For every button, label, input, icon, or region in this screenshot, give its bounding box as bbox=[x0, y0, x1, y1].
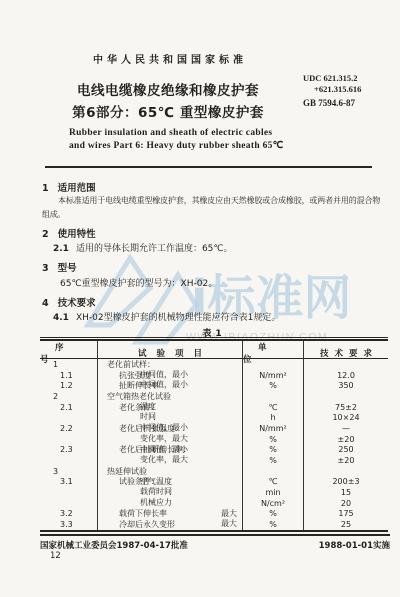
section-1-title: 适用范围 bbox=[58, 183, 96, 194]
document-title-cn: 电线电缆橡皮绝缘和橡皮护套 bbox=[0, 79, 336, 99]
table-row: 2.2 老化后抗张强度： 中间值，最小 N/mm² — bbox=[40, 423, 388, 434]
section-2-heading: 2使用特性 bbox=[42, 226, 96, 240]
row-no: 2 bbox=[40, 391, 98, 402]
row-value: 15 bbox=[304, 487, 388, 498]
row-item: 载荷时间 bbox=[98, 487, 243, 498]
row-item: 热延伸试验 bbox=[98, 466, 243, 477]
section-4-heading: 4技术要求 bbox=[42, 295, 96, 309]
row-item: 载荷下伸长率 最大 bbox=[98, 509, 243, 520]
section-3-title: 型号 bbox=[58, 263, 77, 274]
table-row: 3.2 载荷下伸长率 最大 % 175 bbox=[40, 509, 388, 520]
row-unit: % bbox=[243, 445, 304, 456]
row-unit: min bbox=[243, 487, 304, 498]
row-item-label: 空气箱热老化试验 bbox=[98, 391, 171, 402]
udc-number-line1: UDC 621.315.2 bbox=[303, 73, 398, 84]
row-value bbox=[304, 391, 388, 402]
row-unit bbox=[243, 391, 304, 402]
row-item: 抗张强度 中间值，最小 bbox=[98, 370, 243, 381]
section-4-title: 技术要求 bbox=[58, 298, 96, 309]
section-2-number: 2 bbox=[42, 229, 49, 240]
row-qualifier: 载荷时间 bbox=[140, 487, 237, 498]
standard-number: GB 7594.6-87 bbox=[303, 98, 398, 109]
row-unit: ℃ bbox=[243, 477, 304, 488]
row-value: 175 bbox=[304, 509, 388, 520]
row-no bbox=[40, 498, 98, 509]
title-en-line2: and wires Part 6: Heavy duty rubber shea… bbox=[69, 140, 284, 153]
section-3-number: 3 bbox=[42, 263, 49, 274]
row-qualifier: 中间值，最小 bbox=[140, 423, 237, 434]
implementation-note: 1988-01-01实施 bbox=[319, 539, 390, 551]
row-no: 2.3 bbox=[40, 445, 98, 456]
table-row: 3 热延伸试验 bbox=[40, 466, 388, 477]
row-unit: % bbox=[243, 455, 304, 466]
row-item: 老化前试样： bbox=[98, 359, 243, 370]
section-4-number: 4 bbox=[42, 298, 49, 309]
clause-4-1: 4.1XH-02型橡皮护套的机械物理性能应符合表1规定。 bbox=[53, 310, 280, 323]
row-item: 试验条件： 空气温度 bbox=[98, 477, 243, 488]
row-item: 老化条件： 温度 bbox=[98, 402, 243, 413]
row-unit: h bbox=[243, 412, 304, 423]
row-unit bbox=[243, 466, 304, 477]
clause-4-1-text: XH-02型橡皮护套的机械物理性能应符合表1规定。 bbox=[76, 313, 280, 323]
row-no: 3.3 bbox=[40, 519, 98, 530]
row-no: 3.1 bbox=[40, 477, 98, 488]
row-qualifier: 中间值，最小 bbox=[140, 445, 237, 456]
table-row: 2.3 老化后扯断伸长率： 中间值，最小 % 250 bbox=[40, 445, 388, 456]
row-qualifier: 最大 bbox=[140, 509, 237, 520]
row-item: 机械应力 bbox=[98, 498, 243, 509]
document-page: i标准网 WWW.IBIAOZHUN.COM 中华人民共和国国家标准 电线电缆橡… bbox=[0, 0, 400, 597]
row-no: 2.1 bbox=[40, 402, 98, 413]
row-unit: % bbox=[243, 519, 304, 530]
table-row: 1 老化前试样： bbox=[40, 359, 388, 370]
table-row: 时间 h 10×24 bbox=[40, 412, 388, 423]
row-no bbox=[40, 434, 98, 445]
row-value: 350 bbox=[304, 380, 388, 391]
section-2-title: 使用特性 bbox=[58, 229, 96, 240]
clause-4-1-number: 4.1 bbox=[53, 313, 69, 323]
row-unit: % bbox=[243, 380, 304, 391]
table-row: 3.1 试验条件： 空气温度 ℃ 200±3 bbox=[40, 477, 388, 488]
row-no: 3.2 bbox=[40, 509, 98, 520]
row-no: 1.1 bbox=[40, 370, 98, 381]
table-row: 变化率，最大 % ±20 bbox=[40, 434, 388, 445]
row-value: — bbox=[304, 423, 388, 434]
row-value: ±20 bbox=[304, 434, 388, 445]
row-unit: N/mm² bbox=[243, 370, 304, 381]
row-value: 12.0 bbox=[304, 370, 388, 381]
row-qualifier: 空气温度 bbox=[140, 477, 237, 488]
row-value: 25 bbox=[304, 519, 388, 530]
row-value: 250 bbox=[304, 445, 388, 456]
row-no bbox=[40, 487, 98, 498]
row-unit: ℃ bbox=[243, 402, 304, 413]
row-unit: N/mm² bbox=[243, 423, 304, 434]
row-item: 变化率，最大 bbox=[98, 455, 243, 466]
table-body: 1 老化前试样： 1.1 抗张强度 中间值，最小 N/mm² 12.0 1.2 … bbox=[40, 359, 388, 530]
row-no: 3 bbox=[40, 466, 98, 477]
table-row: 1.2 扯断伸长率 中间值，最小 % 350 bbox=[40, 380, 388, 391]
section-3-body: 65℃重型橡皮护套的型号为：XH-02。 bbox=[60, 276, 217, 289]
row-qualifier: 时间 bbox=[140, 412, 237, 423]
table-row: 变化率，最大 % ±20 bbox=[40, 455, 388, 466]
row-qualifier: 中间值，最小 bbox=[140, 380, 237, 391]
row-unit: N/cm² bbox=[243, 498, 304, 509]
national-standard-label: 中华人民共和国国家标准 bbox=[0, 51, 340, 66]
row-value: 75±2 bbox=[304, 402, 388, 413]
row-item-label: 热延伸试验 bbox=[98, 466, 147, 477]
document-subtitle-cn: 第6部分：65℃ 重型橡皮护套 bbox=[0, 101, 336, 121]
row-item: 冷却后永久变形 最大 bbox=[98, 519, 243, 530]
row-unit bbox=[243, 359, 304, 370]
row-value bbox=[304, 466, 388, 477]
row-item: 老化后抗张强度： 中间值，最小 bbox=[98, 423, 243, 434]
row-value bbox=[304, 359, 388, 370]
section-1-number: 1 bbox=[42, 183, 49, 194]
row-qualifier: 最大 bbox=[140, 519, 237, 530]
row-no: 1.2 bbox=[40, 380, 98, 391]
row-qualifier: 温度 bbox=[140, 402, 237, 413]
row-qualifier: 变化率，最大 bbox=[140, 455, 237, 466]
row-value: ±20 bbox=[304, 455, 388, 466]
row-no: 2.2 bbox=[40, 423, 98, 434]
approval-note: 国家机械工业委员会1987-04-17批准 bbox=[40, 539, 188, 551]
table-row: 3.3 冷却后永久变形 最大 % 25 bbox=[40, 519, 388, 530]
footer-divider bbox=[40, 534, 390, 536]
row-no bbox=[40, 455, 98, 466]
udc-number-line2: +621.315.616 bbox=[303, 84, 398, 95]
section-3-heading: 3型号 bbox=[42, 260, 77, 274]
clause-2-1: 2.1适用的导体长期允许工作温度：65℃。 bbox=[53, 241, 233, 254]
header-divider bbox=[45, 166, 372, 168]
row-qualifier: 变化率，最大 bbox=[140, 434, 237, 445]
section-1-body: 本标准适用于电线电缆重型橡皮护套，其橡皮应由天然橡胶或合成橡胶，或两者并用的混合… bbox=[42, 194, 380, 221]
page-number: 12 bbox=[50, 551, 61, 561]
row-item-label: 老化前试样： bbox=[98, 359, 155, 370]
row-no: 1 bbox=[40, 359, 98, 370]
row-item: 空气箱热老化试验 bbox=[98, 391, 243, 402]
table-row: 1.1 抗张强度 中间值，最小 N/mm² 12.0 bbox=[40, 370, 388, 381]
table-row: 2.1 老化条件： 温度 ℃ 75±2 bbox=[40, 402, 388, 413]
row-value: 10×24 bbox=[304, 412, 388, 423]
table-row: 机械应力 N/cm² 20 bbox=[40, 498, 388, 509]
row-unit: % bbox=[243, 509, 304, 520]
row-item: 扯断伸长率 中间值，最小 bbox=[98, 380, 243, 391]
row-value: 200±3 bbox=[304, 477, 388, 488]
row-qualifier: 中间值，最小 bbox=[140, 370, 237, 381]
row-item: 时间 bbox=[98, 412, 243, 423]
row-no bbox=[40, 412, 98, 423]
section-1-heading: 1适用范围 bbox=[42, 180, 96, 194]
title-en-line1: Rubber insulation and sheath of electric… bbox=[69, 127, 284, 140]
row-item: 变化率，最大 bbox=[98, 434, 243, 445]
row-value: 20 bbox=[304, 498, 388, 509]
row-qualifier: 机械应力 bbox=[140, 498, 237, 509]
row-item: 老化后扯断伸长率： 中间值，最小 bbox=[98, 445, 243, 456]
udc-block: UDC 621.315.2 +621.315.616 GB 7594.6-87 bbox=[303, 73, 398, 109]
clause-2-1-text: 适用的导体长期允许工作温度：65℃。 bbox=[76, 244, 233, 254]
document-title-en: Rubber insulation and sheath of electric… bbox=[69, 127, 284, 153]
clause-2-1-number: 2.1 bbox=[53, 244, 69, 254]
table-row: 载荷时间 min 15 bbox=[40, 487, 388, 498]
row-unit: % bbox=[243, 434, 304, 445]
requirements-table: 序号 试验项目 单位 技术要求 1 老化前试样： 1.1 抗张强度 中间值，最小… bbox=[40, 339, 388, 532]
table-header-row: 序号 试验项目 单位 技术要求 bbox=[40, 341, 388, 359]
table-row: 2 空气箱热老化试验 bbox=[40, 391, 388, 402]
